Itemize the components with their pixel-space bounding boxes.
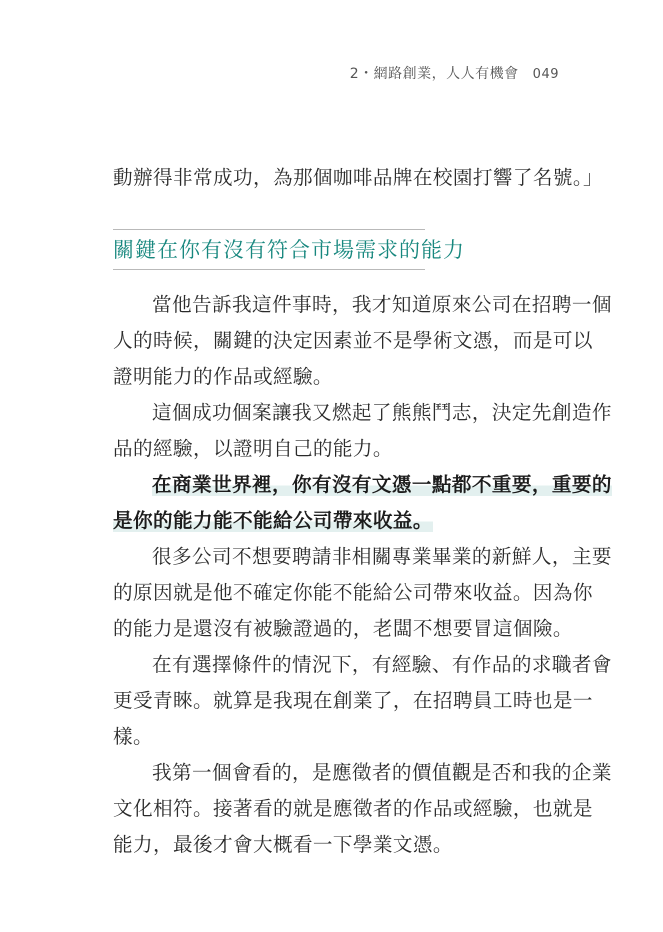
line-text: 的原因就是他不確定你能不能給公司帶來收益。因為你 (113, 581, 593, 604)
text-line: 很多公司不想要聘請非相關專業畢業的新鮮人，主要 (152, 542, 612, 572)
heading-top-rule (113, 229, 425, 230)
line-text: 是你的能力能不能給公司帶來收益。 (113, 509, 433, 532)
line-text: 在有選擇條件的情況下，有經驗、有作品的求職者會 (152, 653, 612, 676)
emphasized-text-line: 是你的能力能不能給公司帶來收益。 (113, 506, 433, 536)
line-text: 證明能力的作品或經驗。 (113, 365, 333, 388)
text-line: 我第一個會看的，是應徵者的價值觀是否和我的企業 (152, 758, 612, 788)
line-text: 這個成功個案讓我又燃起了熊熊鬥志，決定先創造作 (152, 401, 612, 424)
text-line: 動辦得非常成功，為那個咖啡品牌在校園打響了名號。」 (113, 163, 603, 193)
line-text: 當他告訴我這件事時，我才知道原來公司在招聘一個 (152, 293, 612, 316)
line-text: 的能力是還沒有被驗證過的，老闆不想要冒這個險。 (113, 617, 573, 640)
line-text: 品的經驗，以證明自己的能力。 (113, 437, 393, 460)
text-line: 樣。 (113, 722, 153, 752)
chapter-title: 2・網路創業，人人有機會 (350, 66, 519, 82)
line-text: 人的時候，關鍵的決定因素並不是學術文憑，而是可以 (113, 329, 593, 352)
text-line: 的能力是還沒有被驗證過的，老闆不想要冒這個險。 (113, 614, 573, 644)
text-line: 能力，最後才會大概看一下學業文憑。 (113, 830, 453, 860)
emphasized-text-line: 在商業世界裡，你有沒有文憑一點都不重要，重要的 (152, 470, 612, 500)
line-text: 我第一個會看的，是應徵者的價值觀是否和我的企業 (152, 761, 612, 784)
text-line: 品的經驗，以證明自己的能力。 (113, 434, 393, 464)
line-text: 在商業世界裡，你有沒有文憑一點都不重要，重要的 (152, 473, 612, 496)
section-heading: 關鍵在你有沒有符合市場需求的能力 (113, 235, 465, 265)
text-line: 在有選擇條件的情況下，有經驗、有作品的求職者會 (152, 650, 612, 680)
line-text: 樣。 (113, 725, 153, 748)
text-line: 證明能力的作品或經驗。 (113, 362, 333, 392)
text-line: 文化相符。接著看的就是應徵者的作品或經驗，也就是 (113, 794, 593, 824)
line-text: 很多公司不想要聘請非相關專業畢業的新鮮人，主要 (152, 545, 612, 568)
line-text: 動辦得非常成功，為那個咖啡品牌在校園打響了名號。」 (113, 166, 603, 189)
running-header: 2・網路創業，人人有機會049 (350, 63, 559, 83)
page-number: 049 (533, 67, 559, 82)
heading-bottom-rule (113, 269, 425, 270)
line-text: 文化相符。接著看的就是應徵者的作品或經驗，也就是 (113, 797, 593, 820)
text-line: 人的時候，關鍵的決定因素並不是學術文憑，而是可以 (113, 326, 593, 356)
text-line: 當他告訴我這件事時，我才知道原來公司在招聘一個 (152, 290, 612, 320)
line-text: 能力，最後才會大概看一下學業文憑。 (113, 833, 453, 856)
line-text: 更受青睞。就算是我現在創業了，在招聘員工時也是一 (113, 689, 593, 712)
text-line: 的原因就是他不確定你能不能給公司帶來收益。因為你 (113, 578, 593, 608)
text-line: 這個成功個案讓我又燃起了熊熊鬥志，決定先創造作 (152, 398, 612, 428)
text-line: 更受青睞。就算是我現在創業了，在招聘員工時也是一 (113, 686, 593, 716)
